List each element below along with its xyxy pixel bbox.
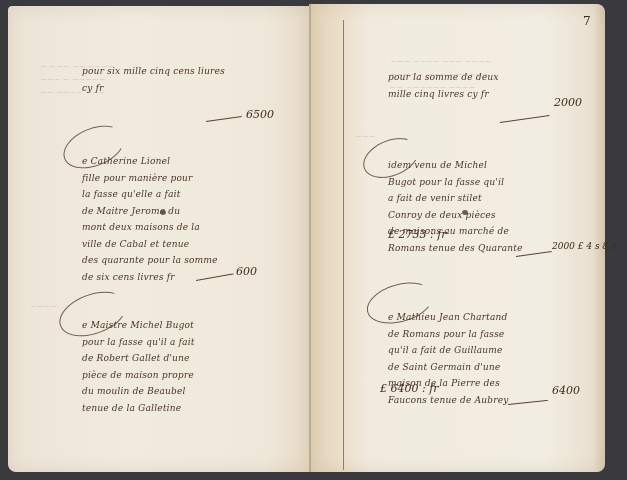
text-line: mille cinq livres cy fr [388,87,499,104]
folio-number: 7 [583,14,591,28]
left-top-entry: pour six mille cinq cens liures cy fr [82,64,225,97]
text-line: tenue de la Galletine [82,401,195,418]
text-line: de Romans pour la fasse [388,327,509,344]
text-line: pièce de maison propre [82,368,195,385]
text-line: des quarante pour la somme [82,253,218,270]
text-line: Romans tenue des Quarante [388,241,523,258]
entry-total: £ 2733 : fr [388,228,447,241]
text-line: pour six mille cinq cens liures [82,64,225,81]
text-line: Conroy de deux pièces [388,208,523,225]
margin-amount: 2000 [554,96,582,109]
ink-blot [160,210,166,215]
margin-amount: 6400 [552,384,580,397]
manuscript-spread: ~ ~~~ ~~ ~~~~~~~ ~ ~~~~~~~ ~~~~ ~~~ ~~~~… [0,0,627,480]
entry-total: £ 6400 : fr [380,382,439,395]
text-line: qu'il a fait de Guillaume [388,343,509,360]
right-entry-1: idem venu de Michel Bugot pour la fasse … [388,158,523,257]
text-line: de Maitre Jerome du [82,204,218,221]
text-line: pour la fasse qu'il a fait [82,335,195,352]
margin-rule-line [343,20,344,470]
ink-bleed-through: ~~~ [355,130,375,143]
text-line: de Robert Gallet d'une [82,351,195,368]
text-line: de six cens livres fr [82,270,218,287]
text-line: e Maistre Michel Bugot [82,318,195,335]
text-line: de Saint Germain d'une [388,360,509,377]
margin-amount: 2000 £ 4 s 8 d [552,242,617,252]
ink-blot [462,210,468,215]
text-line: du moulin de Beaubel [82,384,195,401]
text-line: idem venu de Michel [388,158,523,175]
ink-bleed-through: ~~~~ [30,300,57,313]
text-line: Bugot pour la fasse qu'il [388,175,523,192]
left-entry-1: e Catherine Lionel fille pour manière po… [82,154,218,286]
text-line: la fasse qu'elle a fait [82,187,218,204]
text-line: e Catherine Lionel [82,154,218,171]
text-line: pour la somme de deux [388,70,499,87]
text-line: a fait de venir stilet [388,191,523,208]
text-line: e Mathieu Jean Chartand [388,310,509,327]
text-line: ville de Cabal et tenue [82,237,218,254]
margin-amount: 6500 [246,108,274,121]
text-line: fille pour manière pour [82,171,218,188]
right-top-entry: pour la somme de deux mille cinq livres … [388,70,499,103]
margin-amount: 600 [236,265,257,278]
text-line: mont deux maisons de la [82,220,218,237]
text-line: cy fr [82,81,225,98]
left-entry-2: e Maistre Michel Bugot pour la fasse qu'… [82,318,195,417]
